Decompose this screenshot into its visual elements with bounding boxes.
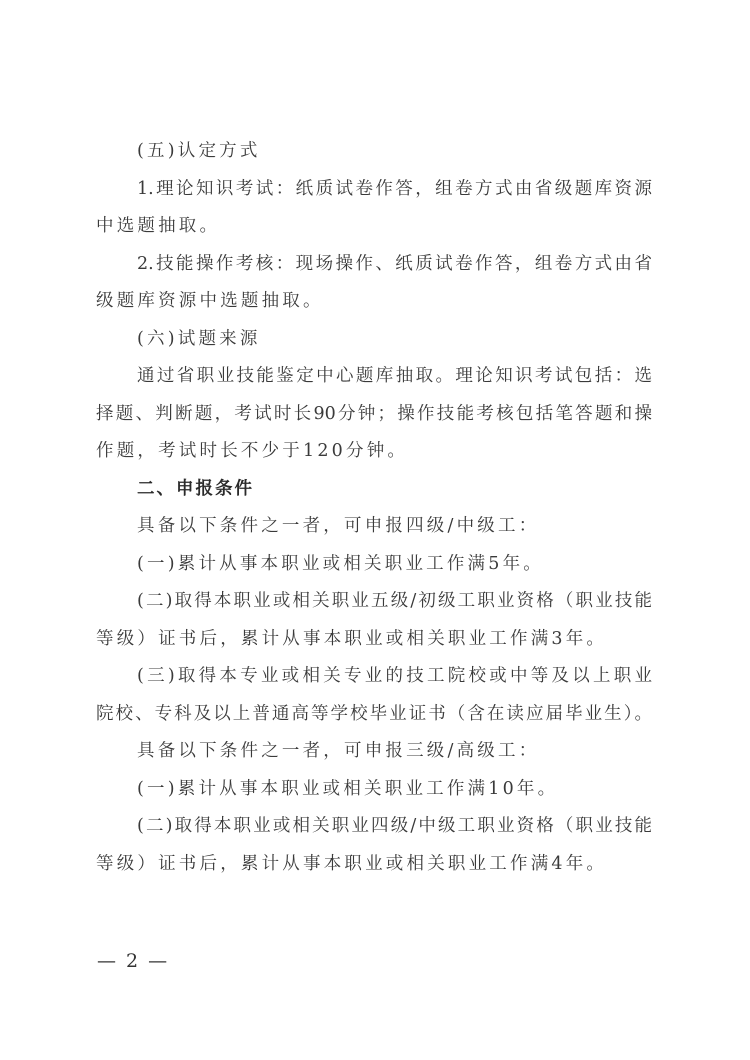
subsection-heading-question-source: (六)试题来源 (96, 321, 652, 359)
paragraph-line: 中选题抽取。 (96, 208, 652, 246)
list-item: (一)累计从事本职业或相关职业工作满5年。 (96, 546, 652, 584)
paragraph-line: 1.理论知识考试：纸质试卷作答，组卷方式由省级题库资源 (96, 171, 652, 209)
paragraph-line: 级题库资源中选题抽取。 (96, 283, 652, 321)
section-heading-application-conditions: 二、申报条件 (96, 471, 652, 509)
list-item: (二)取得本职业或相关职业四级/中级工职业资格（职业技能 (96, 808, 652, 846)
list-item: (三)取得本专业或相关专业的技工院校或中等及以上职业 (96, 658, 652, 696)
document-body: (五)认定方式 1.理论知识考试：纸质试卷作答，组卷方式由省级题库资源 中选题抽… (96, 133, 652, 883)
paragraph-line: 通过省职业技能鉴定中心题库抽取。理论知识考试包括：选 (96, 358, 652, 396)
paragraph-line: 等级）证书后，累计从事本职业或相关职业工作满4年。 (96, 846, 652, 884)
page-number: — 2 — (97, 950, 169, 972)
paragraph-line: 具备以下条件之一者，可申报四级/中级工： (96, 508, 652, 546)
list-item: (一)累计从事本职业或相关职业工作满10年。 (96, 771, 652, 809)
paragraph-line: 具备以下条件之一者，可申报三级/高级工： (96, 733, 652, 771)
paragraph-line: 作题，考试时长不少于120分钟。 (96, 433, 652, 471)
paragraph-line: 2.技能操作考核：现场操作、纸质试卷作答，组卷方式由省 (96, 246, 652, 284)
paragraph-line: 择题、判断题，考试时长90分钟；操作技能考核包括笔答题和操 (96, 396, 652, 434)
list-item: (二)取得本职业或相关职业五级/初级工职业资格（职业技能 (96, 583, 652, 621)
paragraph-line: 院校、专科及以上普通高等学校毕业证书（含在读应届毕业生）。 (96, 696, 652, 734)
paragraph-line: 等级）证书后，累计从事本职业或相关职业工作满3年。 (96, 621, 652, 659)
subsection-heading-certification-method: (五)认定方式 (96, 133, 652, 171)
